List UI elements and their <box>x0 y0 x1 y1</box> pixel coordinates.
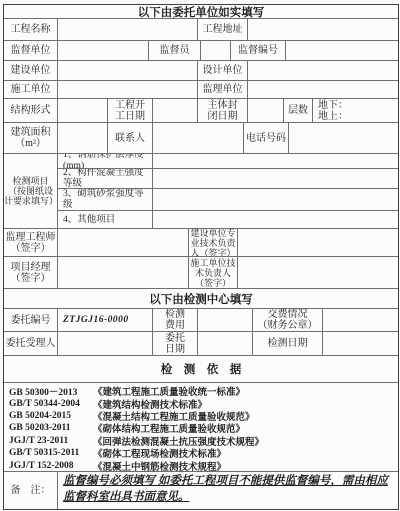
row-project: 工程名称 工程地址 <box>4 19 398 41</box>
standard-line: GB 50203-2011 《砌体结构工程施工质量验收规范》 <box>4 422 398 434</box>
standard-line: GB/T 50344-2004 《建筑结构检测技术标准》 <box>4 397 398 409</box>
build-unit-label: 建设单位 <box>4 61 58 80</box>
consign-acceptor-label: 委托受理人 <box>4 332 58 355</box>
project-address-label: 工程地址 <box>198 19 248 40</box>
test-fee-value <box>198 309 253 331</box>
supervisor-value <box>201 41 231 60</box>
phone-label: 电话号码 <box>244 123 289 153</box>
form-page: 以下由委托单位如实填写 工程名称 工程地址 监督单位 监督员 监督编号 建设单位… <box>0 0 400 511</box>
standard-code: GB 50300－2013 <box>9 384 93 398</box>
build-tech-head-label: 建设单位专 业技术负责 人（签字） <box>189 229 238 256</box>
test-item4-value <box>153 211 398 229</box>
row-supervise: 监督单位 监督员 监督编号 <box>4 41 398 61</box>
project-manager-signature <box>58 257 189 288</box>
test-item1-label: 1、钢筋保护层厚度(mm) <box>58 154 153 168</box>
basis-title: 检 测 依 据 <box>4 356 398 383</box>
close-date-value <box>248 99 284 122</box>
row-remark: 备 注： 监督编号必须填写 如委托工程项目不能提供监督编号，需由相应监督科室出具… <box>4 472 398 509</box>
area-value <box>58 123 108 153</box>
project-address-value <box>248 19 398 40</box>
contact-label: 联系人 <box>108 123 153 153</box>
payment-label: 交费情况 （财务公章） <box>253 309 323 331</box>
test-item-row-4: 4、其他项目 <box>58 211 398 229</box>
test-item2-label: 2、构件混凝土强度等级 <box>58 169 153 188</box>
supervising-engineer-signature <box>58 229 189 256</box>
standard-code: JGJ/T 23-2011 <box>9 436 93 446</box>
standards-list: GB 50300－2013 《建筑工程施工质量验收统一标准》 GB/T 5034… <box>4 383 398 471</box>
standard-code: GB/T 50344-2004 <box>9 399 93 409</box>
row-consign-acceptor: 委托受理人 委托 日期 检测日期 <box>4 332 398 356</box>
supervise-unit-value <box>58 41 149 60</box>
floors-label: 层数 <box>284 99 313 122</box>
structure-type-value <box>58 99 108 122</box>
test-item3-value <box>153 189 398 210</box>
project-name-label: 工程名称 <box>4 19 58 40</box>
row-test-items-group: 检测项目 （按图纸设 计要求填写） 1、钢筋保护层厚度(mm) 2、构件混凝土强… <box>4 154 398 229</box>
test-item-row-2: 2、构件混凝土强度等级 <box>58 169 398 189</box>
floors-value: 地下： 地上： <box>313 99 398 122</box>
standard-line: JGJ/T 152-2008 《混凝土中钢筋检测技术规程》 <box>4 459 398 471</box>
test-item-row-1: 1、钢筋保护层厚度(mm) <box>58 154 398 169</box>
construct-unit-label: 施工单位 <box>4 81 58 98</box>
test-date-value <box>323 332 398 355</box>
standard-line: GB 50300－2013 《建筑工程施工质量验收统一标准》 <box>4 385 398 397</box>
build-unit-value <box>58 61 198 80</box>
row-build-design: 建设单位 设计单位 <box>4 61 398 81</box>
start-date-label: 工程开 工日期 <box>108 99 153 122</box>
row-structure: 结构形式 工程开 工日期 主体封 闭日期 层数 地下： 地上： <box>4 99 398 123</box>
commission-form-table: 以下由委托单位如实填写 工程名称 工程地址 监督单位 监督员 监督编号 建设单位… <box>3 4 399 510</box>
standard-code: GB 50203-2011 <box>9 423 93 433</box>
phone-value <box>289 123 398 153</box>
consign-date-value <box>198 332 253 355</box>
standard-title: 《混凝土中钢筋检测技术规程》 <box>93 459 398 471</box>
test-item3-label: 3、砌筑砂浆强度等级 <box>58 189 153 210</box>
build-tech-head-signature <box>238 229 398 256</box>
standard-line: JGJ/T 23-2011 《回弹法检测混凝土抗压强度技术规程》 <box>4 435 398 447</box>
test-fee-label: 检测 费用 <box>153 309 198 331</box>
standard-line: GB 50204-2015 《混凝土结构工程施工质量验收规范》 <box>4 410 398 422</box>
row-standards: GB 50300－2013 《建筑工程施工质量验收统一标准》 GB/T 5034… <box>4 383 398 472</box>
test-item-row-3: 3、砌筑砂浆强度等级 <box>58 189 398 211</box>
row-construct-supervision: 施工单位 监理单位 <box>4 81 398 99</box>
standard-line: GB/T 50315-2011 《砌体工程现场检测技术标准》 <box>4 447 398 459</box>
remark-label: 备 注： <box>4 472 58 509</box>
project-name-value <box>58 19 198 40</box>
supervision-unit-value <box>248 81 398 98</box>
project-manager-label: 项目经理 （签字） <box>4 257 58 288</box>
row-signature-1: 监理工程师 （签字） 建设单位专 业技术负责 人（签字） <box>4 229 398 257</box>
consign-date-label: 委托 日期 <box>153 332 198 355</box>
consign-acceptor-value <box>58 332 153 355</box>
supervision-unit-label: 监理单位 <box>198 81 248 98</box>
supervising-engineer-label: 监理工程师 （签字） <box>4 229 58 256</box>
section1-title: 以下由委托单位如实填写 <box>4 5 398 19</box>
supervise-unit-label: 监督单位 <box>4 41 58 60</box>
test-date-label: 检测日期 <box>253 332 323 355</box>
standard-code: JGJ/T 152-2008 <box>9 461 93 471</box>
design-unit-value <box>248 61 398 80</box>
supervise-no-label: 监督编号 <box>231 41 286 60</box>
row-signature-2: 项目经理 （签字） 施工单位技 术负责人 （签字） <box>4 257 398 289</box>
test-item4-label: 4、其他项目 <box>58 211 153 229</box>
supervisor-label: 监督员 <box>149 41 201 60</box>
design-unit-label: 设计单位 <box>198 61 248 80</box>
section2-title: 以下由检测中心填写 <box>4 289 398 309</box>
construct-tech-head-signature <box>238 257 398 288</box>
test-items-rows: 1、钢筋保护层厚度(mm) 2、构件混凝土强度等级 3、砌筑砂浆强度等级 4、其… <box>58 154 398 228</box>
test-item1-value <box>153 154 398 168</box>
start-date-value <box>153 99 198 122</box>
consign-no-value: ZTJGJ16-0000 <box>58 309 153 331</box>
test-items-label: 检测项目 （按图纸设 计要求填写） <box>4 154 58 228</box>
area-label: 建筑面积 （m²） <box>4 123 58 153</box>
payment-value <box>323 309 398 331</box>
close-date-label: 主体封 闭日期 <box>198 99 248 122</box>
structure-type-label: 结构形式 <box>4 99 58 122</box>
construct-unit-value <box>58 81 198 98</box>
standard-code: GB 50204-2015 <box>9 411 93 421</box>
standard-code: GB/T 50315-2011 <box>9 448 93 458</box>
construct-tech-head-label: 施工单位技 术负责人 （签字） <box>189 257 238 288</box>
row-area-contact: 建筑面积 （m²） 联系人 电话号码 <box>4 123 398 154</box>
row-consign-no: 委托编号 ZTJGJ16-0000 检测 费用 交费情况 （财务公章） <box>4 309 398 332</box>
supervise-no-value <box>286 41 398 60</box>
consign-no-label: 委托编号 <box>4 309 58 331</box>
contact-value <box>153 123 244 153</box>
test-item2-value <box>153 169 398 188</box>
remark-text: 监督编号必须填写 如委托工程项目不能提供监督编号，需由相应监督科室出具书面意见。 <box>58 472 398 509</box>
